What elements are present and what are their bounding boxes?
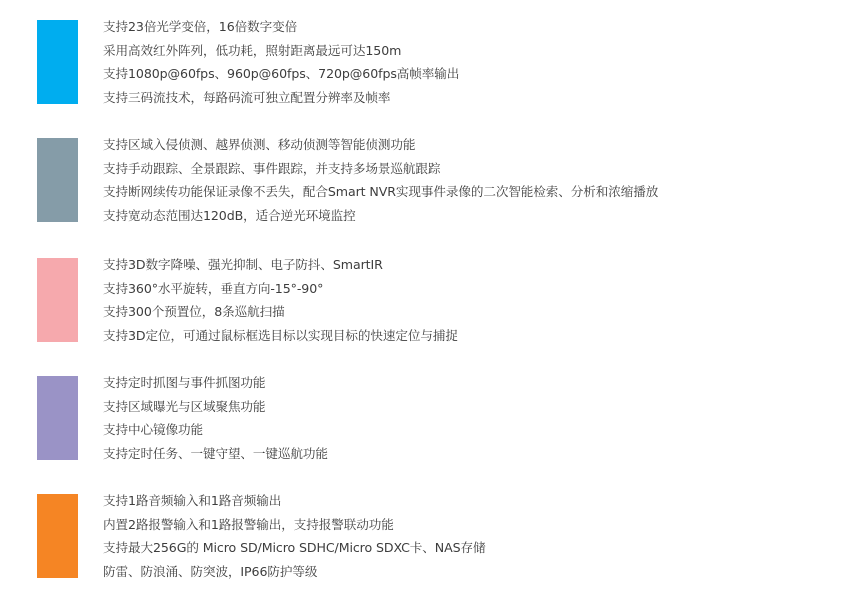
feature-item: 支持断网续传功能保证录像不丢失，配合Smart NVR实现事件录像的二次智能检索… [103,180,658,204]
feature-item: 支持23倍光学变倍，16倍数字变倍 [103,15,459,39]
feature-item: 支持300个预置位，8条巡航扫描 [103,300,458,324]
feature-group-io-storage: 支持1路音频输入和1路音频输出 内置2路报警输入和1路报警输出，支持报警联动功能… [37,494,817,578]
feature-item: 支持区域入侵侦测、越界侦测、移动侦测等智能侦测功能 [103,133,658,157]
feature-list: 支持1路音频输入和1路音频输出 内置2路报警输入和1路报警输出，支持报警联动功能… [103,489,486,584]
feature-group-intelligence: 支持区域入侵侦测、越界侦测、移动侦测等智能侦测功能 支持手动跟踪、全景跟踪、事件… [37,138,817,222]
color-block-orange [37,494,78,578]
feature-list: 支持3D数字降噪、强光抑制、电子防抖、SmartIR 支持360°水平旋转，垂直… [103,253,458,348]
feature-item: 支持中心镜像功能 [103,418,328,442]
feature-item: 支持1路音频输入和1路音频输出 [103,489,486,513]
feature-group-ptz: 支持3D数字降噪、强光抑制、电子防抖、SmartIR 支持360°水平旋转，垂直… [37,258,817,342]
feature-group-capture: 支持定时抓图与事件抓图功能 支持区域曝光与区域聚焦功能 支持中心镜像功能 支持定… [37,376,817,460]
feature-item: 支持定时任务、一键守望、一键巡航功能 [103,442,328,466]
feature-item: 支持最大256G的 Micro SD/Micro SDHC/Micro SDXC… [103,536,486,560]
feature-item: 支持三码流技术，每路码流可独立配置分辨率及帧率 [103,86,459,110]
color-block-pink [37,258,78,342]
color-block-purple [37,376,78,460]
feature-item: 支持宽动态范围达120dB，适合逆光环境监控 [103,204,658,228]
feature-item: 支持360°水平旋转，垂直方向-15°-90° [103,277,458,301]
feature-item: 支持手动跟踪、全景跟踪、事件跟踪，并支持多场景巡航跟踪 [103,157,658,181]
feature-item: 支持3D定位，可通过鼠标框选目标以实现目标的快速定位与捕捉 [103,324,458,348]
feature-list: 支持区域入侵侦测、越界侦测、移动侦测等智能侦测功能 支持手动跟踪、全景跟踪、事件… [103,133,658,228]
feature-item: 防雷、防浪涌、防突波，IP66防护等级 [103,560,486,584]
feature-item: 支持定时抓图与事件抓图功能 [103,371,328,395]
feature-item: 支持1080p@60fps、960p@60fps、720p@60fps高帧率输出 [103,62,459,86]
color-block-gray [37,138,78,222]
feature-group-optics: 支持23倍光学变倍，16倍数字变倍 采用高效红外阵列，低功耗，照射距离最远可达1… [37,20,817,104]
feature-item: 内置2路报警输入和1路报警输出，支持报警联动功能 [103,513,486,537]
color-block-blue [37,20,78,104]
feature-item: 支持3D数字降噪、强光抑制、电子防抖、SmartIR [103,253,458,277]
feature-list: 支持定时抓图与事件抓图功能 支持区域曝光与区域聚焦功能 支持中心镜像功能 支持定… [103,371,328,466]
feature-list: 支持23倍光学变倍，16倍数字变倍 采用高效红外阵列，低功耗，照射距离最远可达1… [103,15,459,110]
feature-item: 支持区域曝光与区域聚焦功能 [103,395,328,419]
feature-item: 采用高效红外阵列，低功耗，照射距离最远可达150m [103,39,459,63]
